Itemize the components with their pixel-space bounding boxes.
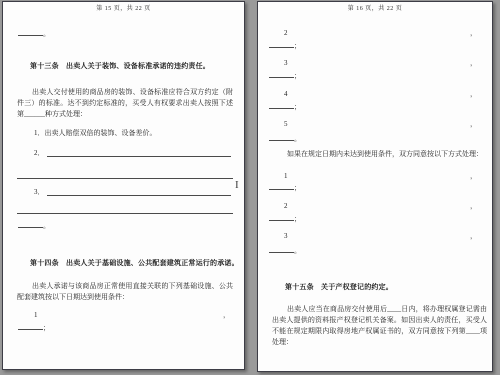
fill-in-blank: 。 <box>269 246 301 256</box>
option-2-row: 2． <box>34 149 232 158</box>
blank-tail: ； <box>294 103 301 111</box>
option-1: 1．出卖人赔偿双倍的装饰、设备差价。 <box>34 129 157 138</box>
item-number: 3 <box>284 59 288 68</box>
document-page-16[interactable]: 第 16 页，共 22 页 2 ， ； 3 ， ； 4 ， ； 5 ， 。 如果… <box>257 1 493 372</box>
blank-tail: ； <box>294 42 301 50</box>
fill-in-blank: 。 <box>18 29 50 39</box>
item-number: 3 <box>284 232 288 241</box>
fill-in-blank: ； <box>269 214 301 224</box>
fill-in-blank: ； <box>269 41 301 51</box>
item-tail: ， <box>470 120 477 129</box>
blank-rule <box>269 102 294 109</box>
fill-in-blank: 。 <box>269 134 301 144</box>
facility-item-3: 3 ， <box>284 59 477 68</box>
blank-tail: 。 <box>43 222 50 230</box>
item-tail: ， <box>470 59 477 68</box>
blank-rule-continuation <box>17 178 233 179</box>
facility-item-4: 4 ， <box>284 90 477 99</box>
blank-tail: 。 <box>294 135 301 143</box>
fill-in-blank: 。 <box>18 221 50 231</box>
item-tail: ， <box>223 311 230 320</box>
item-tail: ， <box>470 172 477 181</box>
item-number: 2 <box>284 29 288 38</box>
remedy-item-2: 2 ， <box>284 202 477 211</box>
fill-in-blank: ； <box>269 71 301 81</box>
article-14-paragraph: 出卖人承诺与该商品房正常使用直接关联的下列基础设施、公共配套建筑按以下日期达到使… <box>17 281 233 303</box>
blank-rule <box>269 246 294 253</box>
option-3-number: 3． <box>34 188 45 197</box>
item-number: 1 <box>284 172 288 181</box>
item-tail: ， <box>470 90 477 99</box>
fill-in-blank: ； <box>269 102 301 112</box>
blank-rule <box>269 41 294 48</box>
blank-rule <box>18 29 43 36</box>
blank-rule <box>18 323 43 330</box>
facility-item-5: 5 ， <box>284 120 477 129</box>
blank-rule-continuation <box>17 213 233 214</box>
blank-tail: ； <box>294 72 301 80</box>
remedy-item-3: 3 ， <box>284 232 477 241</box>
page-header: 第 16 页，共 22 页 <box>258 5 492 14</box>
fill-in-blank: ； <box>18 323 50 333</box>
item-number: 1 <box>34 311 38 320</box>
blank-tail: 。 <box>43 30 50 38</box>
blank-rule <box>269 71 294 78</box>
item-tail: ， <box>470 29 477 38</box>
option-2-number: 2． <box>34 149 45 158</box>
article-13-heading: 第十三条 出卖人关于装饰、设备标准承诺的违约责任。 <box>30 62 210 71</box>
article-13-paragraph: 出卖人交付使用的商品房的装饰、设备标准应符合双方约定（附件三）的标准。达不到约定… <box>17 87 233 120</box>
item-number: 4 <box>284 90 288 99</box>
item-number: 5 <box>284 120 288 129</box>
blank-rule <box>47 189 232 196</box>
blank-rule <box>18 221 43 228</box>
fill-in-blank: ； <box>269 183 301 193</box>
page-header: 第 15 页，共 22 页 <box>3 5 244 14</box>
item-tail: ， <box>470 202 477 211</box>
text-cursor-ibeam-icon: I <box>235 180 239 191</box>
blank-rule <box>269 183 294 190</box>
article-14-heading: 第十四条 出卖人关于基础设施、公共配套建筑正常运行的承诺。 <box>30 259 239 268</box>
remedy-item-1: 1 ， <box>284 172 477 181</box>
article-15-heading: 第十五条 关于产权登记的约定。 <box>285 283 393 292</box>
blank-tail: ； <box>294 184 301 192</box>
article-15-paragraph: 出卖人应当在商品房交付使用后____日内，将办理权属登记需由出卖人提供的资料报产… <box>272 304 487 348</box>
facility-item-1: 1 ， <box>34 311 230 320</box>
blank-rule <box>47 150 232 157</box>
document-page-15[interactable]: 第 15 页，共 22 页 。 第十三条 出卖人关于装饰、设备标准承诺的违约责任… <box>2 1 245 370</box>
remedy-paragraph: 如果在规定日期内未达到使用条件，双方同意按以下方式处理： <box>272 149 488 160</box>
item-tail: ， <box>470 232 477 241</box>
item-number: 2 <box>284 202 288 211</box>
blank-rule <box>269 214 294 221</box>
blank-rule <box>269 134 294 141</box>
facility-item-2: 2 ， <box>284 29 477 38</box>
blank-tail: 。 <box>294 247 301 255</box>
blank-tail: ； <box>294 215 301 223</box>
blank-tail: ； <box>43 324 50 332</box>
option-3-row: 3． <box>34 188 232 197</box>
